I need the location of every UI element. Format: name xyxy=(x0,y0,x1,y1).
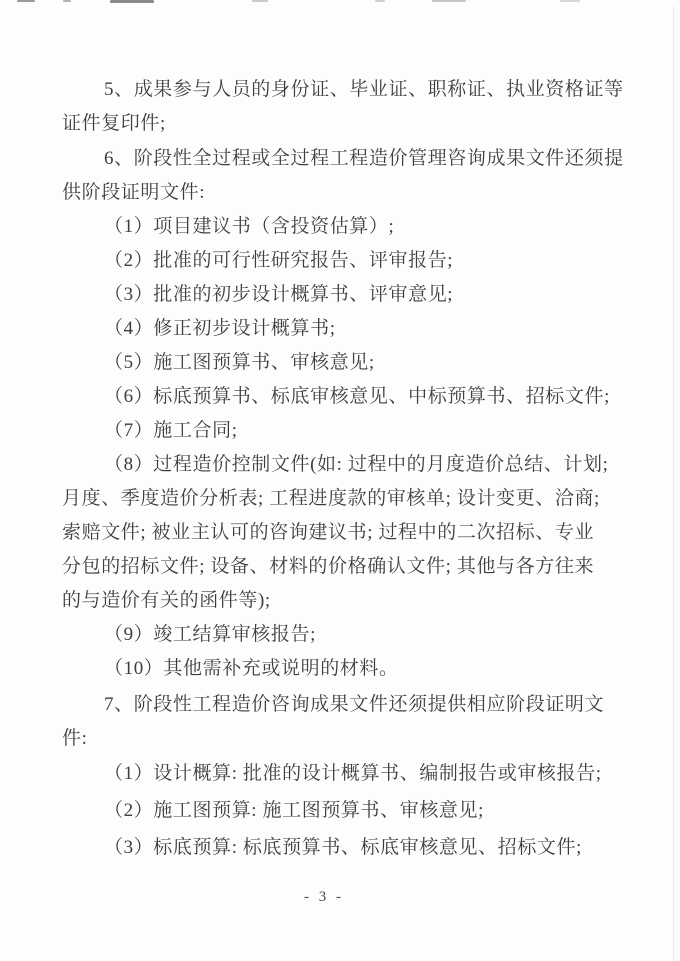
text-line-sub-8-cont-1: 月度、季度造价分析表; 工程进度款的审核单; 设计变更、洽商; xyxy=(62,487,600,511)
text-line-sub-1: （1）项目建议书（含投资估算）; xyxy=(104,215,394,239)
text-line-item-6-cont: 供阶段证明文件: xyxy=(62,181,205,205)
text-line-item-6: 6、阶段性全过程或全过程工程造价管理咨询成果文件还须提 xyxy=(104,147,624,171)
text-line-item-5: 5、成果参与人员的身份证、毕业证、职称证、执业资格证等 xyxy=(104,78,624,102)
text-line-stage-1: （1）设计概算: 批准的设计概算书、编制报告或审核报告; xyxy=(104,762,602,786)
scan-artifact xyxy=(63,0,71,2)
text-line-sub-9: （9）竣工结算审核报告; xyxy=(104,623,316,647)
text-line-item-5-cont: 证件复印件; xyxy=(62,112,166,136)
text-line-sub-3: （3）批准的初步设计概算书、评审意见; xyxy=(104,283,453,307)
text-line-sub-7: （7）施工合同; xyxy=(104,419,238,443)
text-line-sub-2: （2）批准的可行性研究报告、评审报告; xyxy=(104,249,453,273)
text-line-sub-8: （8）过程造价控制文件(如: 过程中的月度造价总结、计划; xyxy=(104,453,609,477)
text-line-sub-6: （6）标底预算书、标底审核意见、中标预算书、招标文件; xyxy=(104,385,610,409)
text-line-stage-3: （3）标底预算: 标底预算书、标底审核意见、招标文件; xyxy=(104,836,582,860)
text-line-sub-8-cont-2: 索赔文件; 被业主认可的咨询建议书; 过程中的二次招标、专业 xyxy=(62,521,594,545)
scan-artifact xyxy=(252,0,268,2)
text-line-sub-10: （10）其他需补充或说明的材料。 xyxy=(104,657,399,681)
text-line-sub-8-cont-4: 的与造价有关的函件等); xyxy=(62,589,271,613)
scan-artifact xyxy=(432,0,466,2)
scan-artifact xyxy=(110,0,154,3)
text-line-sub-5: （5）施工图预算书、审核意见; xyxy=(104,351,375,375)
text-line-sub-8-cont-3: 分包的招标文件; 设备、材料的价格确认文件; 其他与各方往来 xyxy=(62,555,594,579)
scan-artifact xyxy=(375,0,385,2)
scan-edge-line xyxy=(673,6,674,961)
text-line-item-7-cont: 件: xyxy=(62,727,87,751)
text-line-item-7: 7、阶段性工程造价咨询成果文件还须提供相应阶段证明文 xyxy=(104,693,604,717)
text-line-stage-2: （2）施工图预算: 施工图预算书、审核意见; xyxy=(104,799,484,823)
text-line-sub-4: （4）修正初步设计概算书; xyxy=(104,317,336,341)
page-number: - 3 - xyxy=(0,889,648,906)
document-page: 5、成果参与人员的身份证、毕业证、职称证、执业资格证等 证件复印件; 6、阶段性… xyxy=(0,0,680,961)
scan-artifact xyxy=(560,0,580,2)
scan-artifact xyxy=(17,0,35,2)
